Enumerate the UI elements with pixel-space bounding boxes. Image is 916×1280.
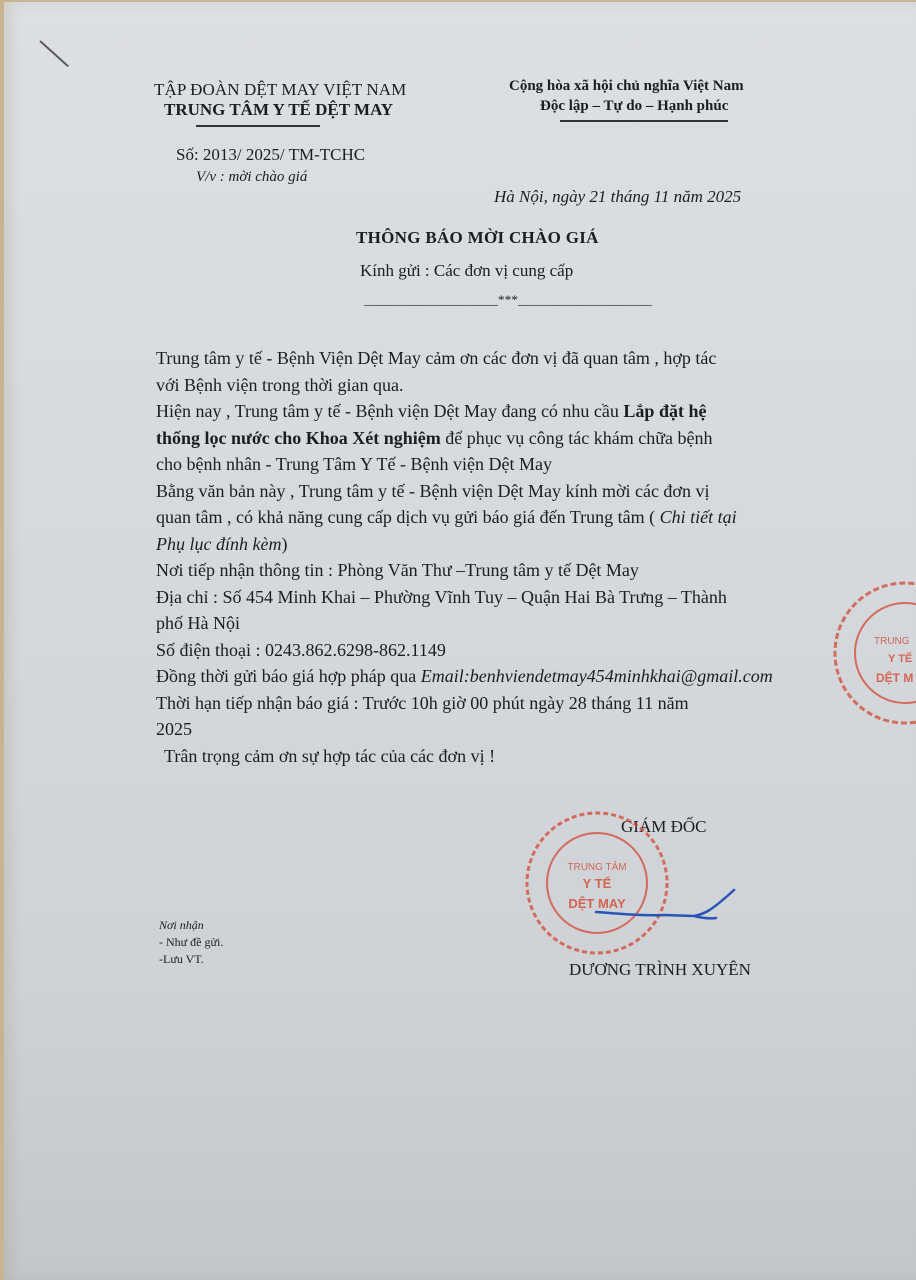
recipients: Nơi nhận - Như đề gửi. -Lưu VT. xyxy=(159,917,223,968)
divider: ____________________***_________________… xyxy=(364,292,652,308)
recipients-label: Nơi nhận xyxy=(159,917,223,934)
body-line: thống lọc nước cho Khoa Xét nghiệm để ph… xyxy=(156,425,836,452)
body-line: Trung tâm y tế - Bệnh Viện Dệt May cảm ơ… xyxy=(156,345,836,372)
doc-number: Số: 2013/ 2025/ TM-TCHC xyxy=(176,145,365,165)
receiving-place: Nơi tiếp nhận thông tin : Phòng Văn Thư … xyxy=(156,557,836,584)
body-line: với Bệnh viện trong thời gian qua. xyxy=(156,372,836,399)
email-address: Email:benhviendetmay454minhkhai@gmail.co… xyxy=(421,666,773,686)
closing: Trân trọng cảm ơn sự hợp tác của các đơn… xyxy=(156,743,836,770)
deadline: Thời hạn tiếp nhận báo giá : Trước 10h g… xyxy=(156,690,836,717)
body-line: Phụ lục đính kèm) xyxy=(156,531,836,558)
signature xyxy=(594,882,754,932)
svg-text:TRUNG: TRUNG xyxy=(874,636,910,647)
address: Địa chỉ : Số 454 Minh Khai – Phường Vĩnh… xyxy=(156,584,836,611)
body-line: quan tâm , có khả năng cung cấp dịch vụ … xyxy=(156,504,836,531)
svg-text:DỆT M: DỆT M xyxy=(876,670,913,685)
document-page: TẬP ĐOÀN DỆT MAY VIỆT NAM TRUNG TÂM Y TẾ… xyxy=(4,2,916,1280)
doc-title: THÔNG BÁO MỜI CHÀO GIÁ xyxy=(356,228,599,248)
body-text: Trung tâm y tế - Bệnh Viện Dệt May cảm ơ… xyxy=(156,345,836,769)
org-name: TRUNG TÂM Y TẾ DỆT MAY xyxy=(164,100,393,120)
body-line: Bằng văn bản này , Trung tâm y tế - Bệnh… xyxy=(156,478,836,505)
motto-underline xyxy=(560,120,728,122)
svg-text:Y TẾ: Y TẾ xyxy=(888,652,912,665)
national-motto: Độc lập – Tự do – Hạnh phúc xyxy=(540,98,728,115)
addressee: Kính gửi : Các đơn vị cung cấp xyxy=(360,261,573,281)
body-line: cho bệnh nhân - Trung Tâm Y Tế - Bệnh vi… xyxy=(156,451,836,478)
doc-subject: V/v : mời chào giá xyxy=(196,169,307,186)
recipient-item: - Như đề gửi. xyxy=(159,934,223,951)
email-line: Đồng thời gửi báo giá hợp pháp qua Email… xyxy=(156,663,836,690)
national-title: Cộng hòa xã hội chủ nghĩa Việt Nam xyxy=(509,78,744,95)
org-underline xyxy=(196,125,320,127)
svg-text:TRUNG TÂM: TRUNG TÂM xyxy=(567,860,626,873)
body-line: Hiện nay , Trung tâm y tế - Bệnh viện Dệ… xyxy=(156,398,836,425)
address: phố Hà Nội xyxy=(156,610,836,637)
signer-name: DƯƠNG TRÌNH XUYÊN xyxy=(569,960,751,980)
recipient-item: -Lưu VT. xyxy=(159,951,223,968)
place-date: Hà Nội, ngày 21 tháng 11 năm 2025 xyxy=(494,187,741,207)
edge-stamp: TRUNG Y TẾ DỆT M xyxy=(830,578,916,728)
deadline: 2025 xyxy=(156,716,836,743)
pen-mark xyxy=(39,40,69,67)
org-parent: TẬP ĐOÀN DỆT MAY VIỆT NAM xyxy=(154,80,406,100)
phone: Số điện thoại : 0243.862.6298-862.1149 xyxy=(156,637,836,664)
